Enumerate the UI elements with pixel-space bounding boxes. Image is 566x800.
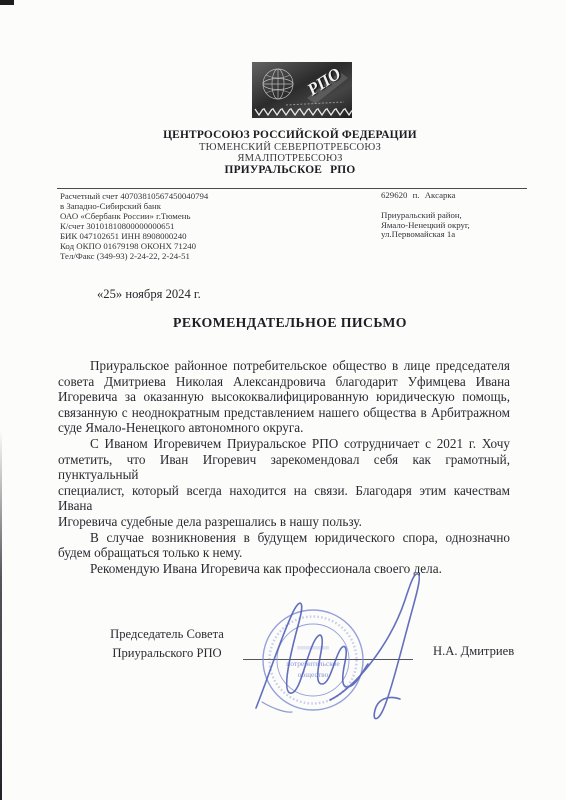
org-header-line-1: ЦЕНТРОСОЮЗ РОССИЙСКОЙ ФЕДЕРАЦИИ (12, 130, 566, 142)
body-line: специалист, который всегда находится на … (58, 483, 510, 514)
requisites-line: Тел/Факс (349-93) 2-24-22, 2-24-51 (60, 251, 208, 261)
org-header-line-2: ТЮМЕНСКИЙ СЕВЕРПОТРЕБСОЮЗ (12, 142, 566, 154)
stamp-hidden-line-blur (297, 646, 329, 650)
requisites-line: Расчетный счет 40703810567450040794 (60, 191, 208, 201)
requisites-line: Код ОКПО 01679198 ОКОНХ 71240 (60, 241, 208, 251)
body-line: отметить, что Иван Игоревич зарекомендов… (58, 452, 510, 483)
body-line: суде Ямало-Ненецкого автономного округа. (58, 420, 510, 436)
body-line: будем обращаться только к нему. (58, 545, 510, 561)
bank-requisites: Расчетный счет 40703810567450040794 в За… (60, 191, 208, 261)
body-line: совета Дмитриева Николая Александровича … (58, 374, 510, 390)
org-header-line-4: ПРИУРАЛЬСКОЕ РПО (12, 165, 566, 177)
signer-position-line-2: Приуральского РПО (100, 644, 234, 663)
stamp-and-signature: потребительское общество (230, 550, 460, 765)
requisites-line: ОАО «Сбербанк России» г.Тюмень (60, 211, 208, 221)
address-postal: 629620 п. Аксарка (381, 191, 470, 201)
scan-edge-artifact (0, 430, 2, 800)
body-line: связанную с неоднократным представлением… (58, 405, 510, 421)
body-line: Игоревича судебные дела разрешались в на… (58, 514, 510, 530)
header-divider (57, 188, 527, 189)
requisites-line: К/счет 30101810800000000651 (60, 221, 208, 231)
round-stamp (263, 610, 363, 710)
signer-name: Н.А. Дмитриев (433, 644, 514, 659)
letter-title: РЕКОМЕНДАТЕЛЬНОЕ ПИСЬМО (14, 315, 566, 331)
stamp-center-text-1: потребительское (286, 659, 340, 668)
requisites-line: БИК 047102651 ИНН 8908000240 (60, 231, 208, 241)
handwritten-signature (256, 574, 419, 719)
rpo-logo: РПО (252, 62, 352, 118)
rpo-logo-graphic: РПО (252, 62, 352, 118)
body-line: С Иваном Игоревичем Приуральское РПО сот… (58, 436, 510, 452)
org-address: 629620 п. Аксарка Приуральский район, Ям… (381, 191, 470, 240)
signer-position-line-1: Председатель Совета (100, 625, 234, 644)
scan-corner-artifact (0, 0, 14, 5)
stamp-ring-text-blur (270, 617, 357, 704)
address-line: ул.Первомайская 1а (381, 230, 470, 240)
stamp-center-text-2: общество (298, 670, 329, 679)
signature-line (243, 659, 413, 660)
body-line: Рекомендую Ивана Игоревича как профессио… (58, 561, 510, 577)
requisites-line: в Западно-Сибирский банк (60, 201, 208, 211)
letter-date: «25» ноября 2024 г. (97, 287, 201, 302)
body-line: Приуральское районное потребительское об… (58, 358, 510, 374)
globe-icon (263, 69, 293, 99)
letter-body: Приуральское районное потребительское об… (58, 358, 510, 576)
body-line: В случае возникновения в будущем юридиче… (58, 530, 510, 546)
org-header: ЦЕНТРОСОЮЗ РОССИЙСКОЙ ФЕДЕРАЦИИ ТЮМЕНСКИ… (12, 130, 566, 176)
letter-page: РПО ЦЕНТРОСОЮЗ РОССИЙСКОЙ ФЕДЕРАЦИИ ТЮМЕ… (0, 0, 566, 800)
body-line: Игоревича за оказанную высококвалифициро… (58, 389, 510, 405)
signer-position: Председатель Совета Приуральского РПО (100, 625, 234, 662)
